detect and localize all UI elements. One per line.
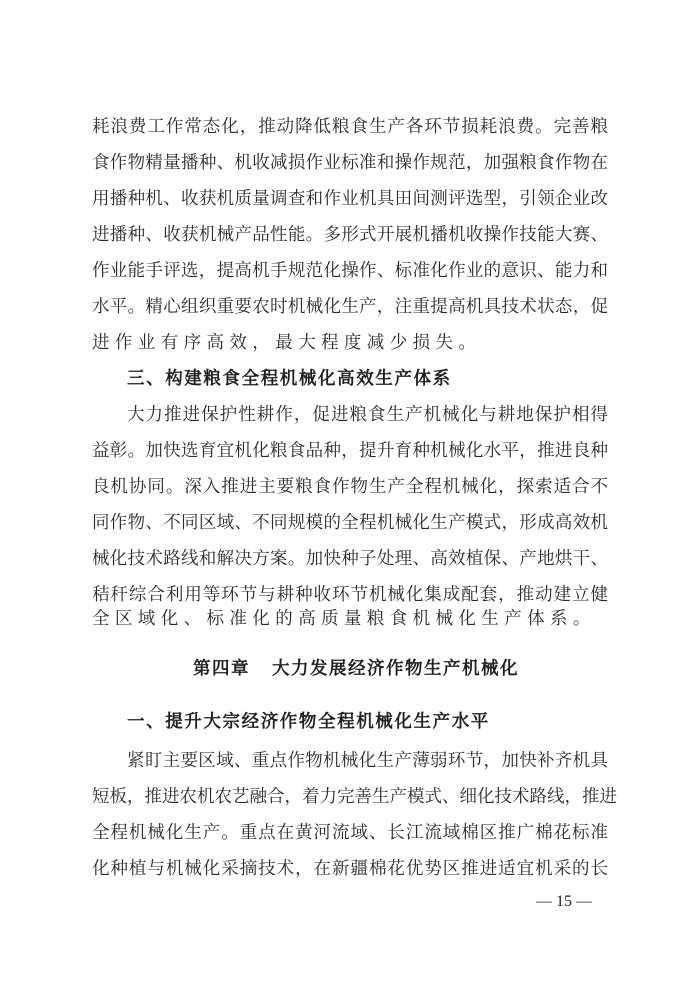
chapter-heading: 第四章大力发展经济作物生产机械化 <box>193 651 519 687</box>
text-line: 大力推进保护性耕作，促进粮食生产机械化与耕地保护相得 <box>127 397 608 433</box>
text-line: 用播种机、收获机质量调查和作业机具田间测评选型，引领企业改 <box>92 181 608 217</box>
text-line: 良机协同。深入推进主要粮食作物生产全程机械化，探索适合不 <box>92 469 608 505</box>
text-line: 化种植与机械化采摘技术，在新疆棉花优势区推进适宜机采的长 <box>92 851 608 887</box>
text-line: 益彰。加快选育宜机化粮食品种，提升育种机械化水平，推进良种 <box>92 433 608 469</box>
page-number: — 15 — <box>536 893 592 911</box>
text-line: 进作业有序高效，最大程度减少损失。 <box>92 325 608 361</box>
section-heading: 一、提升大宗经济作物全程机械化生产水平 <box>127 704 490 740</box>
text-line: 食作物精量播种、机收减损作业标准和操作规范，加强粮食作物在 <box>92 145 608 181</box>
text-line: 耗浪费工作常态化，推动降低粮食生产各环节损耗浪费。完善粮 <box>92 109 608 145</box>
text-line: 械化技术路线和解决方案。加快种子处理、高效植保、产地烘干、 <box>92 541 608 577</box>
text-line: 全区域化、标准化的高质量粮食机械化生产体系。 <box>92 601 608 637</box>
text-line: 短板，推进农机农艺融合，着力完善生产模式、细化技术路线，推进 <box>92 779 608 815</box>
text-line: 水平。精心组织重要农时机械化生产，注重提高机具技术状态，促 <box>92 289 608 325</box>
text-line: 作业能手评选，提高机手规范化操作、标准化作业的意识、能力和 <box>92 253 608 289</box>
text-line: 全程机械化生产。重点在黄河流域、长江流域棉区推广棉花标准 <box>92 815 608 851</box>
chapter-number: 第四章 <box>193 659 250 679</box>
chapter-title: 大力发展经济作物生产机械化 <box>272 659 519 679</box>
section-heading: 三、构建粮食全程机械化高效生产体系 <box>127 361 452 397</box>
text-line: 紧盯主要区域、重点作物机械化生产薄弱环节，加快补齐机具 <box>127 743 608 779</box>
text-line: 进播种、收获机械产品性能。多形式开展机播机收操作技能大赛、 <box>92 217 608 253</box>
text-line: 同作物、不同区域、不同规模的全程机械化生产模式，形成高效机 <box>92 505 608 541</box>
